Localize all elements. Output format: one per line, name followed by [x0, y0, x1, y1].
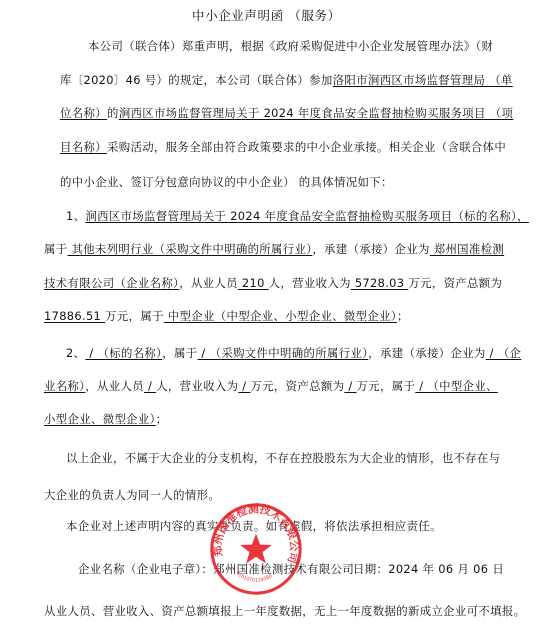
statement-line-1: 以上企业，不属于大企业的分支机构，不存在控股股东为大企业的情形，也不存在与 [66, 451, 500, 465]
item1-line-3: 技术有限公司（企业名称），从业人员 210 人，营业收入为 5728.03 万元… [44, 276, 502, 290]
item2-company: / （企 [486, 346, 522, 360]
item2-contractor-label: ，承建（承接）企业为 [368, 346, 485, 360]
date-label: 日期： [353, 562, 388, 576]
item1-subject: 涧西区市场监督管理局关于 2024 年度食品安全监督抽检购买服务项目（标的名称） [85, 209, 517, 223]
item1-contractor-label: ，承建（承接）企业为 [312, 242, 429, 256]
item1-line-1: 1、涧西区市场监督管理局关于 2024 年度食品安全监督抽检购买服务项目（标的名… [66, 209, 529, 223]
item1-staff-label: ，从业人员 [179, 276, 238, 290]
item1-company: 郑州国准检测 [430, 242, 504, 256]
intro-text: 库〔2020〕46 号）的规定，本公司（联合体）参加 [60, 73, 333, 87]
item1-industry: 其他未列明行业（采购文件中明确的所属行业） [67, 242, 312, 256]
statement-line-3: 本企业对上述声明内容的真实性负责。如有虚假，将依法承担相应责任。 [66, 519, 442, 533]
item1-revenue-unit: 万元，资产总额为 [408, 276, 502, 290]
item2-line-3: 小型企业、微型企业）； [44, 412, 167, 426]
item2-line-2: 业名称），从业人员 / 人，营业收入为 / 万元，资产总额为 / 万元，属于 /… [44, 379, 498, 393]
item2-assets: / [344, 379, 356, 393]
item1-revenue: 5728.03 [351, 276, 409, 290]
intro-line-4: 目名称）采购活动，服务全部由符合政策要求的中小企业承接。相关企业（含联合体中 [60, 140, 506, 154]
item1-assets-unit: 万元，属于 [105, 309, 164, 323]
item2-revenue: / [238, 379, 250, 393]
item1-company-cont: 技术有限公司（企业名称） [44, 276, 179, 290]
item1-staff: 210 [238, 276, 269, 290]
item2-staff-label: ，从业人员 [85, 379, 144, 393]
item2-number: 2、 [66, 346, 85, 360]
intro-line-2: 库〔2020〕46 号）的规定，本公司（联合体）参加洛阳市涧西区市场监督管理局 … [60, 73, 513, 87]
item2-subject: / （标的名称） [85, 346, 162, 360]
item1-number: 1、 [66, 209, 85, 223]
item2-revenue-unit: 万元，资产总额为 [250, 379, 344, 393]
intro-text: 的 [107, 106, 119, 120]
item2-end: ； [156, 412, 168, 426]
signature-company: 郑州国准检测技术有限公司 [213, 562, 354, 576]
footnote: 从业人员、营业收入、资产总额填报上一年度数据，无上一年度数据的新成立企业可不填报… [44, 604, 525, 618]
purchaser-name: 洛阳市涧西区市场监督管理局 （单 [333, 73, 513, 87]
item1-line-2: 属于 其他未列明行业（采购文件中明确的所属行业），承建（承接）企业为 郑州国准检… [44, 242, 504, 256]
item1-size: 中型企业（中型企业、小型企业、微型企业） [164, 309, 397, 323]
item1-line-4: 17886.51 万元，属于 中型企业（中型企业、小型企业、微型企业）； [44, 309, 409, 323]
item1-end: ； [397, 309, 409, 323]
item1-comma: ， [517, 209, 529, 223]
item2-size: / （中型企业、 [415, 379, 498, 393]
company-label: 企业名称（企业电子章）： [78, 562, 213, 576]
date-line: 日期：2024 年 06 月 06 日 [353, 562, 504, 576]
item2-belongs: ，属于 [162, 346, 197, 360]
item1-assets: 17886.51 [44, 309, 105, 323]
item2-industry: / （采购文件中明确的所属行业） [197, 346, 368, 360]
seal-text: 郑州国准检测技术有限公司 [210, 501, 301, 565]
item2-staff-unit: 人，营业收入为 [156, 379, 238, 393]
intro-line-1: 本公司（联合体）郑重声明，根据《政府采购促进中小企业发展管理办法》（财 [88, 39, 493, 53]
svg-text:郑州国准检测技术有限公司: 郑州国准检测技术有限公司 [210, 501, 301, 565]
item2-company-cont: 业名称） [44, 379, 85, 393]
item2-staff: / [144, 379, 156, 393]
statement-line-2: 大企业的负责人为同一人的情形。 [44, 488, 220, 502]
item2-assets-unit: 万元，属于 [357, 379, 416, 393]
intro-line-3: 位名称）的涧西区市场监督管理局关于 2024 年度食品安全监督抽检购买服务项目 … [60, 106, 513, 120]
item1-staff-unit: 人，营业收入为 [269, 276, 351, 290]
item1-belongs: 属于 [44, 242, 67, 256]
project-name: 涧西区市场监督管理局关于 2024 年度食品安全监督抽检购买服务项目 （项 [119, 106, 514, 120]
project-name-label: 目名称） [60, 140, 107, 154]
document-title: 中小企业声明函 （服务） [192, 9, 341, 23]
intro-text: 采购活动，服务全部由符合政策要求的中小企业承接。相关企业（含联合体中 [107, 140, 506, 154]
unit-name-label: 位名称） [60, 106, 107, 120]
signature-line: 企业名称（企业电子章）：郑州国准检测技术有限公司 [78, 562, 354, 576]
company-seal-icon: 郑州国准检测技术有限公司 4101070134386 [208, 501, 304, 597]
item2-size-cont: 小型企业、微型企业） [44, 412, 156, 426]
intro-line-5: 的中小企业、签订分包意向协议的中小企业） 的具体情况如下： [60, 175, 393, 189]
item2-line-1: 2、 / （标的名称），属于 / （采购文件中明确的所属行业），承建（承接）企业… [66, 346, 521, 360]
seal-star-icon [240, 534, 272, 564]
signature-date: 2024 年 06 月 06 日 [388, 562, 504, 576]
